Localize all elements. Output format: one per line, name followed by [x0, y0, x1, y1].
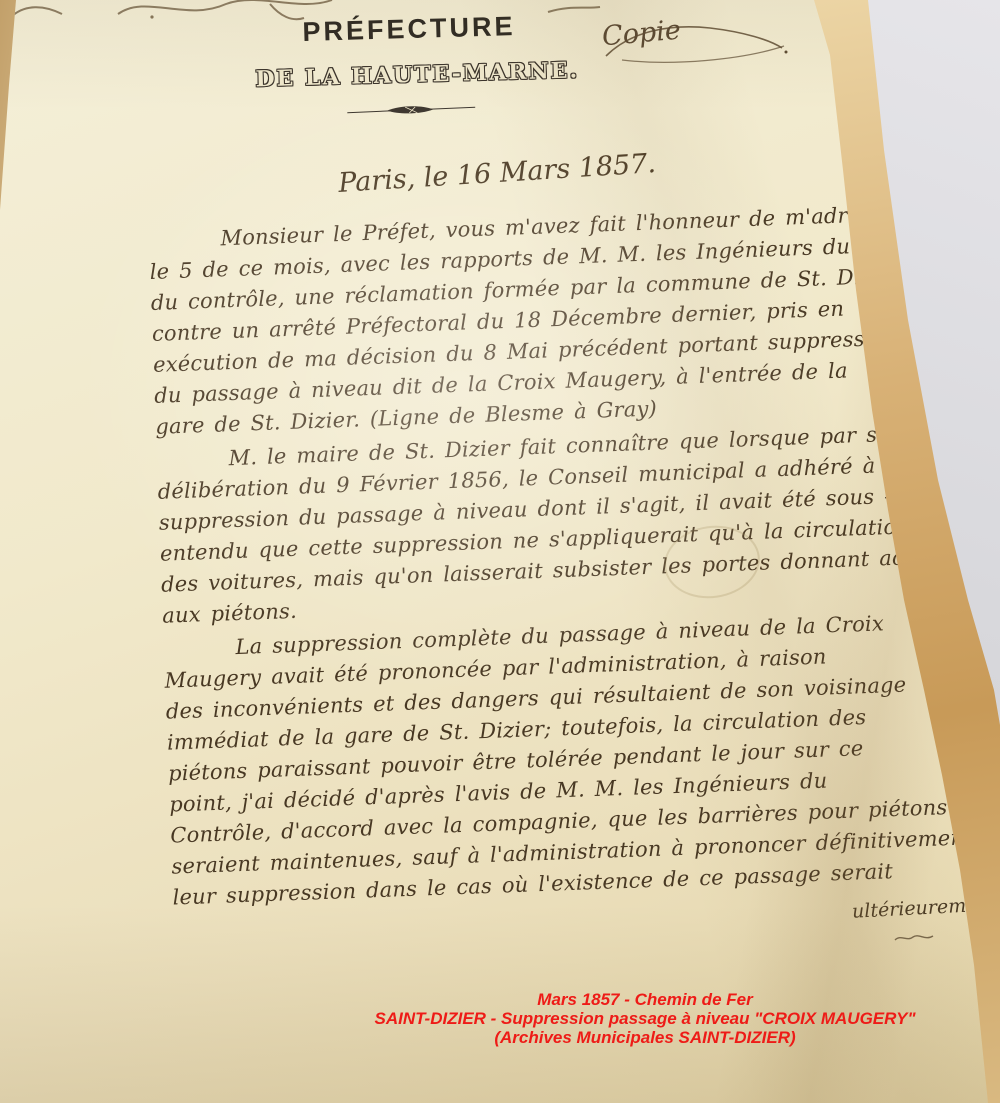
letterhead-department: DE LA HAUTE-MARNE.: [254, 57, 581, 92]
letterhead-divider: [345, 102, 477, 118]
caption-line-3: (Archives Municipales SAINT-DIZIER): [255, 1028, 1000, 1047]
caption-line-2: SAINT-DIZIER - Suppression passage à niv…: [255, 1009, 1000, 1028]
letter-body: Monsieur le Préfet, vous m'avez fait l'h…: [148, 198, 933, 913]
photo-backdrop: PRÉFECTURE DE LA HAUTE-MARNE. Copie Pari…: [0, 0, 1000, 1103]
caption-line-1: Mars 1857 - Chemin de Fer: [255, 990, 1000, 1009]
printed-letterhead: PRÉFECTURE DE LA HAUTE-MARNE.: [239, 9, 582, 120]
dateline: Paris, le 16 Mars 1857.: [337, 148, 656, 199]
margin-note-squiggle: [893, 932, 935, 944]
archive-caption: Mars 1857 - Chemin de Fer SAINT-DIZIER -…: [255, 990, 1000, 1047]
